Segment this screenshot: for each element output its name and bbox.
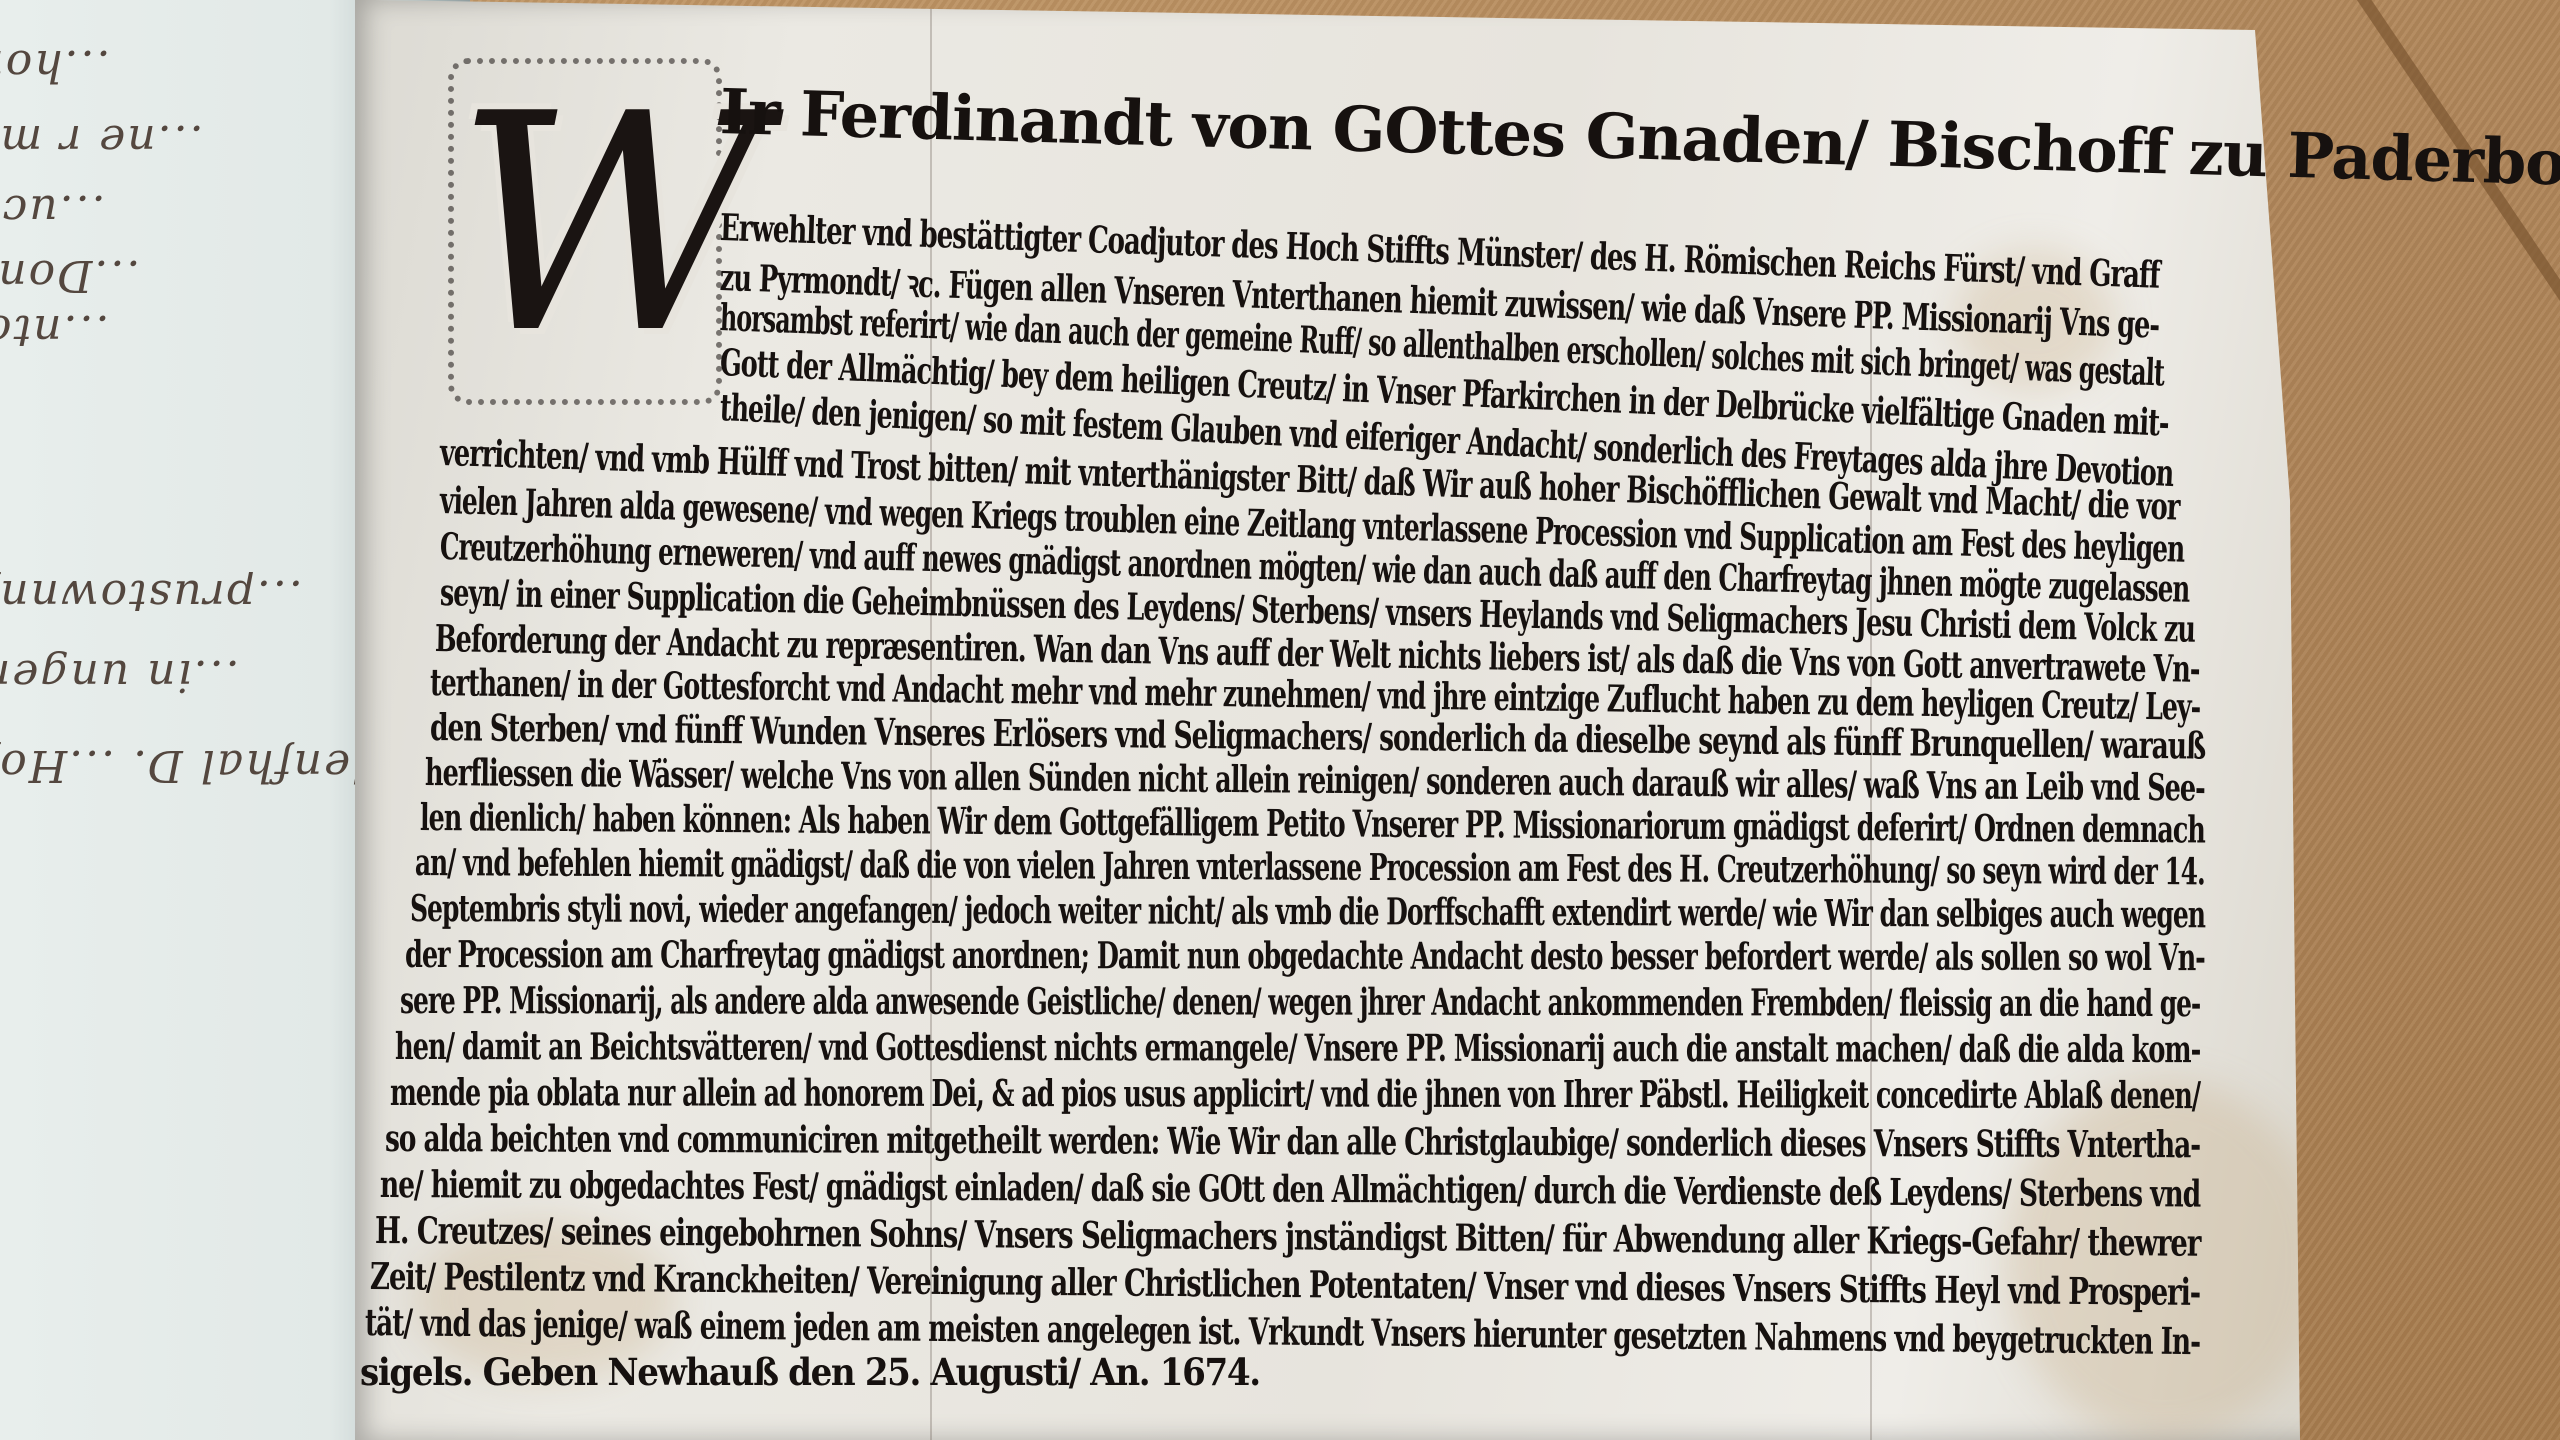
handwriting-line: ...prustownnf [0,570,303,621]
decree-line: so alda beichten vnd communiciren mitget… [385,1116,2200,1166]
decree-line: an/ vnd befehlen hiemit gnädigst/ daß di… [415,840,2205,893]
decree-line: hen/ damit an Beichtsvätteren/ vnd Gotte… [395,1024,2200,1071]
decree-line: sigels. Geben Newhauß den 25. Augusti/ A… [360,1350,1260,1394]
decree-line: mende pia oblata nur allein ad honorem D… [390,1070,2200,1117]
handwriting-line: ...in ungen [0,650,240,701]
decree-line: der Procession am Charfreytag gnädigst a… [405,932,2205,979]
decorative-initial: W [455,60,705,390]
handwriting-line: ...ne r mo [0,115,204,166]
handwriting-line: ...Donfe [0,250,140,301]
handwriting-line: ...hom [0,40,111,91]
decree-line: sere PP. Missionarij, als andere alda an… [400,978,2200,1025]
handwriting-line: ...uchn [0,185,106,236]
decree-line: Septembris styli novi, wieder angefangen… [410,886,2205,936]
handwriting-line: ...ntor [0,305,110,356]
